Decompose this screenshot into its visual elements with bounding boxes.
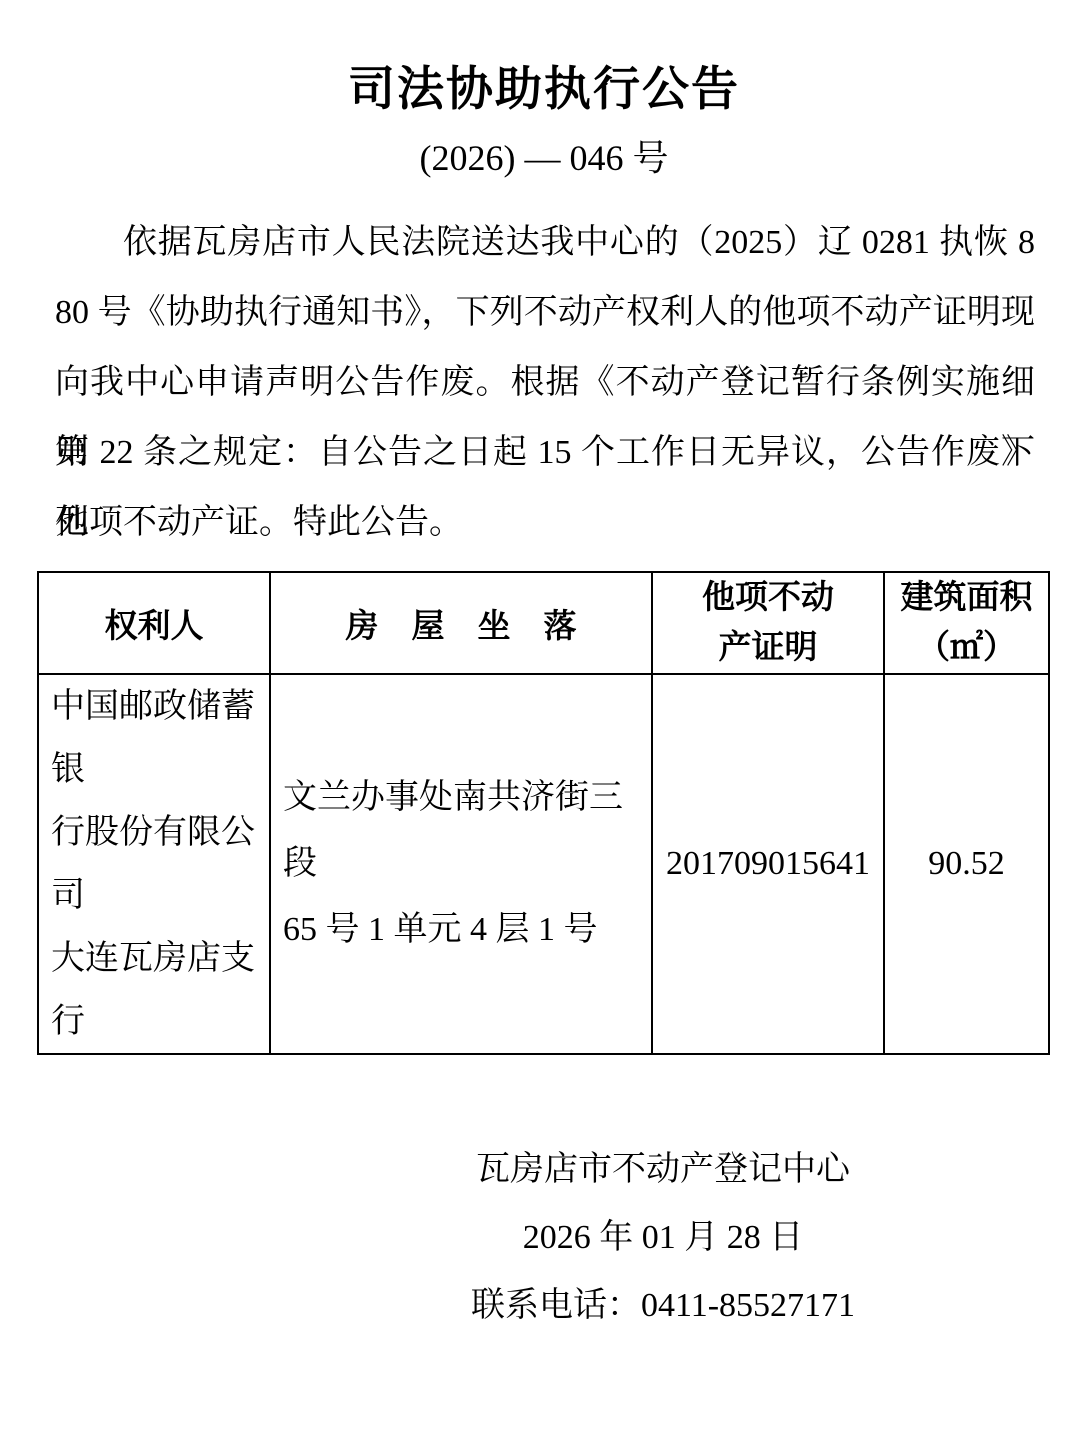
footer-phone: 联系电话：0411-85527171 — [238, 1272, 1088, 1340]
column-header-certificate: 他项不动 产证明 — [652, 572, 884, 674]
column-header-location: 房 屋 坐 落 — [270, 572, 652, 674]
column-header-area-line2: （㎡） — [885, 623, 1048, 673]
cell-owner-line3: 大连瓦房店支行 — [51, 927, 265, 1053]
column-header-owner: 权利人 — [38, 572, 270, 674]
body-line-3: 向我中心申请声明公告作废。根据《不动产登记暂行条例实施细则》 — [55, 348, 1035, 418]
table-header-row: 权利人 房 屋 坐 落 他项不动 产证明 建筑面积 （㎡） — [38, 572, 1049, 674]
cell-location: 文兰办事处南共济街三段 65 号 1 单元 4 层 1 号 — [270, 674, 652, 1054]
column-header-certificate-line2: 产证明 — [653, 623, 883, 673]
cell-owner: 中国邮政储蓄银 行股份有限公司 大连瓦房店支行 — [38, 674, 270, 1054]
column-header-area: 建筑面积 （㎡） — [884, 572, 1049, 674]
table-row: 中国邮政储蓄银 行股份有限公司 大连瓦房店支行 文兰办事处南共济街三段 65 号… — [38, 674, 1049, 1054]
page-title: 司法协助执行公告 — [0, 52, 1088, 119]
body-line-1: 依据瓦房店市人民法院送达我中心的（2025）辽 0281 执恢 8 — [55, 208, 1035, 278]
cell-location-line2: 65 号 1 单元 4 层 1 号 — [283, 897, 645, 963]
footer-organization: 瓦房店市不动产登记中心 — [238, 1136, 1088, 1204]
column-header-certificate-line1: 他项不动 — [653, 573, 883, 623]
body-line-2: 80 号《协助执行通知书》，下列不动产权利人的他项不动产证明现 — [55, 278, 1035, 348]
announcement-document: 司法协助执行公告 (2026) — 046 号 依据瓦房店市人民法院送达我中心的… — [0, 0, 1088, 1429]
column-header-area-line1: 建筑面积 — [885, 573, 1048, 623]
cell-certificate-number: 201709015641 — [652, 674, 884, 1054]
property-table: 权利人 房 屋 坐 落 他项不动 产证明 建筑面积 （㎡） 中国邮政储蓄银 行股… — [37, 571, 1050, 1055]
body-line-5: 他项不动产证。特此公告。 — [55, 488, 1035, 558]
document-number: (2026) — 046 号 — [0, 134, 1088, 182]
body-paragraph: 依据瓦房店市人民法院送达我中心的（2025）辽 0281 执恢 8 80 号《协… — [55, 208, 1035, 558]
cell-owner-line2: 行股份有限公司 — [51, 801, 265, 927]
footer-date: 2026 年 01 月 28 日 — [238, 1204, 1088, 1272]
cell-building-area: 90.52 — [884, 674, 1049, 1054]
body-line-4: 第 22 条之规定：自公告之日起 15 个工作日无异议，公告作废下列 — [55, 418, 1035, 488]
footer-block: 瓦房店市不动产登记中心 2026 年 01 月 28 日 联系电话：0411-8… — [238, 1136, 1088, 1340]
cell-owner-line1: 中国邮政储蓄银 — [51, 675, 265, 801]
cell-location-line1: 文兰办事处南共济街三段 — [283, 765, 645, 897]
